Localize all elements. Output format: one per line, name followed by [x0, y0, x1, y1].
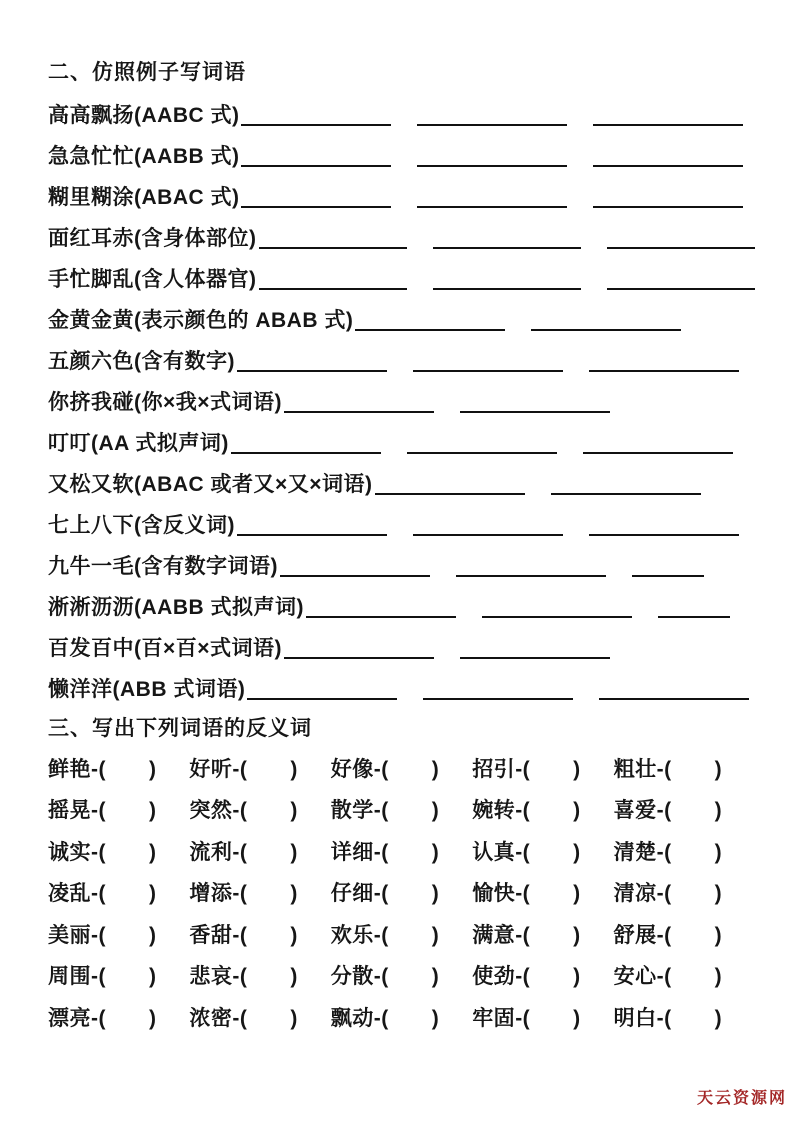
answer-blank[interactable] — [407, 452, 557, 454]
answer-parens[interactable]: -( ) — [232, 919, 297, 949]
answer-blank[interactable] — [417, 165, 567, 167]
pattern-line: 叮叮(AA 式拟声词) — [48, 419, 755, 460]
antonym-word: 满意 — [472, 919, 515, 949]
antonym-word: 舒展 — [614, 919, 657, 949]
answer-parens[interactable]: -( ) — [657, 836, 722, 866]
answer-parens[interactable]: -( ) — [657, 919, 722, 949]
answer-parens[interactable]: -( ) — [232, 794, 297, 824]
pattern-line: 高高飘扬(AABC 式) — [48, 91, 755, 132]
antonym-cell: 浓密-( ) — [189, 996, 330, 1038]
answer-parens[interactable]: -( ) — [515, 960, 580, 990]
answer-blank[interactable] — [583, 452, 733, 454]
antonym-cell: 增添-( ) — [189, 872, 330, 914]
answer-parens[interactable]: -( ) — [515, 794, 580, 824]
answer-blank[interactable] — [531, 329, 681, 331]
antonym-word: 鲜艳 — [48, 753, 91, 783]
answer-parens[interactable]: -( ) — [374, 919, 439, 949]
antonym-cell: 摇晃-( ) — [48, 789, 189, 831]
antonym-cell: 满意-( ) — [472, 913, 613, 955]
antonym-word: 婉转 — [472, 794, 515, 824]
answer-blank[interactable] — [280, 575, 430, 577]
answer-blank[interactable] — [607, 288, 755, 290]
section3-title: 三、写出下列词语的反义词 — [48, 706, 755, 747]
answer-blank[interactable] — [231, 452, 381, 454]
antonym-word: 浓密 — [189, 1002, 232, 1032]
pattern-label: 急急忙忙(AABB 式) — [48, 146, 239, 168]
antonym-word: 使劲 — [472, 960, 515, 990]
answer-parens[interactable]: -( ) — [657, 794, 722, 824]
answer-parens[interactable]: -( ) — [657, 1002, 722, 1032]
antonym-word: 摇晃 — [48, 794, 91, 824]
antonym-word: 认真 — [472, 836, 515, 866]
answer-blank[interactable] — [417, 206, 567, 208]
antonym-cell: 清凉-( ) — [614, 872, 755, 914]
pattern-label: 五颜六色(含有数字) — [48, 351, 235, 373]
antonym-cell: 飘动-( ) — [331, 996, 472, 1038]
antonym-cell: 悲哀-( ) — [189, 955, 330, 997]
pattern-line: 急急忙忙(AABB 式) — [48, 132, 755, 173]
pattern-line: 百发百中(百×百×式词语) — [48, 624, 755, 665]
antonym-cell: 详细-( ) — [331, 830, 472, 872]
answer-blank[interactable] — [237, 534, 387, 536]
answer-blank[interactable] — [241, 165, 391, 167]
pattern-label: 又松又软(ABAC 或者又×又×词语) — [48, 474, 373, 496]
antonym-word: 详细 — [331, 836, 374, 866]
antonym-cell: 香甜-( ) — [189, 913, 330, 955]
answer-parens[interactable]: -( ) — [374, 836, 439, 866]
antonym-word: 粗壮 — [614, 753, 657, 783]
answer-blank[interactable] — [284, 657, 434, 659]
antonym-cell: 欢乐-( ) — [331, 913, 472, 955]
antonym-word: 牢固 — [472, 1002, 515, 1032]
answer-parens[interactable]: -( ) — [515, 753, 580, 783]
antonym-word: 好像 — [331, 753, 374, 783]
answer-blank[interactable] — [259, 247, 407, 249]
antonym-cell: 舒展-( ) — [614, 913, 755, 955]
antonym-cell: 清楚-( ) — [614, 830, 755, 872]
antonym-word: 清凉 — [614, 877, 657, 907]
answer-blank[interactable] — [482, 616, 632, 618]
pattern-label: 你挤我碰(你×我×式词语) — [48, 392, 282, 414]
answer-parens[interactable]: -( ) — [515, 919, 580, 949]
answer-parens[interactable]: -( ) — [657, 753, 722, 783]
antonym-cell: 明白-( ) — [614, 996, 755, 1038]
antonym-cell: 愉快-( ) — [472, 872, 613, 914]
answer-parens[interactable]: -( ) — [232, 960, 297, 990]
antonym-cell: 分散-( ) — [331, 955, 472, 997]
pattern-label: 面红耳赤(含身体部位) — [48, 228, 257, 250]
answer-blank[interactable] — [355, 329, 505, 331]
answer-parens[interactable]: -( ) — [91, 1002, 156, 1032]
pattern-label: 九牛一毛(含有数字词语) — [48, 556, 278, 578]
antonym-word: 飘动 — [331, 1002, 374, 1032]
antonym-word: 安心 — [614, 960, 657, 990]
answer-blank[interactable] — [593, 206, 743, 208]
antonym-word: 流利 — [189, 836, 232, 866]
answer-blank[interactable] — [413, 534, 563, 536]
answer-blank[interactable] — [417, 124, 567, 126]
pattern-label: 淅淅沥沥(AABB 式拟声词) — [48, 597, 304, 619]
answer-parens[interactable]: -( ) — [91, 877, 156, 907]
answer-blank[interactable] — [247, 698, 397, 700]
answer-blank[interactable] — [237, 370, 387, 372]
pattern-label: 高高飘扬(AABC 式) — [48, 105, 239, 127]
answer-parens[interactable]: -( ) — [374, 753, 439, 783]
answer-blank[interactable] — [593, 165, 743, 167]
antonym-word: 喜爱 — [614, 794, 657, 824]
answer-blank[interactable] — [456, 575, 606, 577]
antonym-word: 欢乐 — [331, 919, 374, 949]
antonym-cell: 粗壮-( ) — [614, 747, 755, 789]
antonym-cell: 婉转-( ) — [472, 789, 613, 831]
answer-blank[interactable] — [259, 288, 407, 290]
antonym-cell: 安心-( ) — [614, 955, 755, 997]
answer-parens[interactable]: -( ) — [374, 794, 439, 824]
pattern-line: 手忙脚乱(含人体器官) — [48, 255, 755, 296]
answer-parens[interactable]: -( ) — [91, 794, 156, 824]
answer-parens[interactable]: -( ) — [515, 836, 580, 866]
antonym-word: 突然 — [189, 794, 232, 824]
answer-blank[interactable] — [284, 411, 434, 413]
answer-parens[interactable]: -( ) — [232, 753, 297, 783]
antonym-cell: 突然-( ) — [189, 789, 330, 831]
answer-parens[interactable]: -( ) — [374, 877, 439, 907]
answer-parens[interactable]: -( ) — [91, 836, 156, 866]
answer-parens[interactable]: -( ) — [91, 960, 156, 990]
answer-parens[interactable]: -( ) — [232, 836, 297, 866]
answer-parens[interactable]: -( ) — [657, 877, 722, 907]
answer-parens[interactable]: -( ) — [374, 960, 439, 990]
pattern-line: 糊里糊涂(ABAC 式) — [48, 173, 755, 214]
antonym-word: 分散 — [331, 960, 374, 990]
antonym-word: 好听 — [189, 753, 232, 783]
pattern-label: 金黄金黄(表示颜色的 ABAB 式) — [48, 310, 353, 332]
antonym-cell: 周围-( ) — [48, 955, 189, 997]
pattern-line: 五颜六色(含有数字) — [48, 337, 755, 378]
answer-blank[interactable] — [460, 657, 610, 659]
pattern-line: 又松又软(ABAC 或者又×又×词语) — [48, 460, 755, 501]
pattern-line: 面红耳赤(含身体部位) — [48, 214, 755, 255]
pattern-line: 金黄金黄(表示颜色的 ABAB 式) — [48, 296, 755, 337]
answer-blank[interactable] — [593, 124, 743, 126]
antonym-word: 漂亮 — [48, 1002, 91, 1032]
antonym-cell: 喜爱-( ) — [614, 789, 755, 831]
antonym-cell: 招引-( ) — [472, 747, 613, 789]
antonym-cell: 好听-( ) — [189, 747, 330, 789]
antonym-cell: 认真-( ) — [472, 830, 613, 872]
pattern-line: 九牛一毛(含有数字词语) — [48, 542, 755, 583]
antonym-word: 增添 — [189, 877, 232, 907]
antonym-word: 美丽 — [48, 919, 91, 949]
watermark: 天云资源网 — [697, 1085, 787, 1108]
answer-blank[interactable] — [433, 247, 581, 249]
answer-blank[interactable] — [632, 575, 704, 577]
antonym-word: 仔细 — [331, 877, 374, 907]
antonym-word: 周围 — [48, 960, 91, 990]
pattern-label: 七上八下(含反义词) — [48, 515, 235, 537]
answer-parens[interactable]: -( ) — [91, 919, 156, 949]
answer-blank[interactable] — [658, 616, 730, 618]
answer-blank[interactable] — [306, 616, 456, 618]
answer-blank[interactable] — [241, 206, 391, 208]
pattern-line: 淅淅沥沥(AABB 式拟声词) — [48, 583, 755, 624]
antonym-cell: 诚实-( ) — [48, 830, 189, 872]
antonym-cell: 凌乱-( ) — [48, 872, 189, 914]
pattern-line: 七上八下(含反义词) — [48, 501, 755, 542]
antonym-cell: 散学-( ) — [331, 789, 472, 831]
antonym-cell: 美丽-( ) — [48, 913, 189, 955]
answer-blank[interactable] — [375, 493, 525, 495]
antonym-word: 散学 — [331, 794, 374, 824]
answer-blank[interactable] — [607, 247, 755, 249]
pattern-label: 百发百中(百×百×式词语) — [48, 638, 282, 660]
antonym-cell: 使劲-( ) — [472, 955, 613, 997]
answer-blank[interactable] — [433, 288, 581, 290]
answer-parens[interactable]: -( ) — [657, 960, 722, 990]
pattern-label: 懒洋洋(ABB 式词语) — [48, 679, 245, 701]
answer-parens[interactable]: -( ) — [91, 753, 156, 783]
pattern-label: 糊里糊涂(ABAC 式) — [48, 187, 239, 209]
answer-blank[interactable] — [423, 698, 573, 700]
pattern-line: 你挤我碰(你×我×式词语) — [48, 378, 755, 419]
answer-blank[interactable] — [599, 698, 749, 700]
antonym-word: 凌乱 — [48, 877, 91, 907]
antonyms-grid: 鲜艳-( ) 好听-( ) 好像-( ) 招引-( ) 粗壮-( ) 摇晃-( … — [48, 747, 755, 1038]
pattern-line: 懒洋洋(ABB 式词语) — [48, 665, 755, 706]
antonym-cell: 牢固-( ) — [472, 996, 613, 1038]
antonym-cell: 好像-( ) — [331, 747, 472, 789]
antonym-cell: 漂亮-( ) — [48, 996, 189, 1038]
answer-blank[interactable] — [413, 370, 563, 372]
answer-blank[interactable] — [589, 534, 739, 536]
antonym-cell: 流利-( ) — [189, 830, 330, 872]
answer-blank[interactable] — [589, 370, 739, 372]
antonym-word: 悲哀 — [189, 960, 232, 990]
answer-blank[interactable] — [551, 493, 701, 495]
pattern-label: 手忙脚乱(含人体器官) — [48, 269, 257, 291]
antonym-word: 愉快 — [472, 877, 515, 907]
answer-blank[interactable] — [241, 124, 391, 126]
antonym-word: 明白 — [614, 1002, 657, 1032]
antonym-cell: 鲜艳-( ) — [48, 747, 189, 789]
antonym-word: 诚实 — [48, 836, 91, 866]
pattern-label: 叮叮(AA 式拟声词) — [48, 433, 229, 455]
answer-parens[interactable]: -( ) — [515, 877, 580, 907]
answer-parens[interactable]: -( ) — [374, 1002, 439, 1032]
answer-parens[interactable]: -( ) — [515, 1002, 580, 1032]
answer-blank[interactable] — [460, 411, 610, 413]
answer-parens[interactable]: -( ) — [232, 1002, 297, 1032]
antonym-cell: 仔细-( ) — [331, 872, 472, 914]
antonym-word: 招引 — [472, 753, 515, 783]
antonym-word: 清楚 — [614, 836, 657, 866]
section2-title: 二、仿照例子写词语 — [48, 50, 755, 91]
answer-parens[interactable]: -( ) — [232, 877, 297, 907]
antonym-word: 香甜 — [189, 919, 232, 949]
worksheet-page: 二、仿照例子写词语 高高飘扬(AABC 式) 急急忙忙(AABB 式) 糊里糊涂… — [0, 0, 793, 1122]
